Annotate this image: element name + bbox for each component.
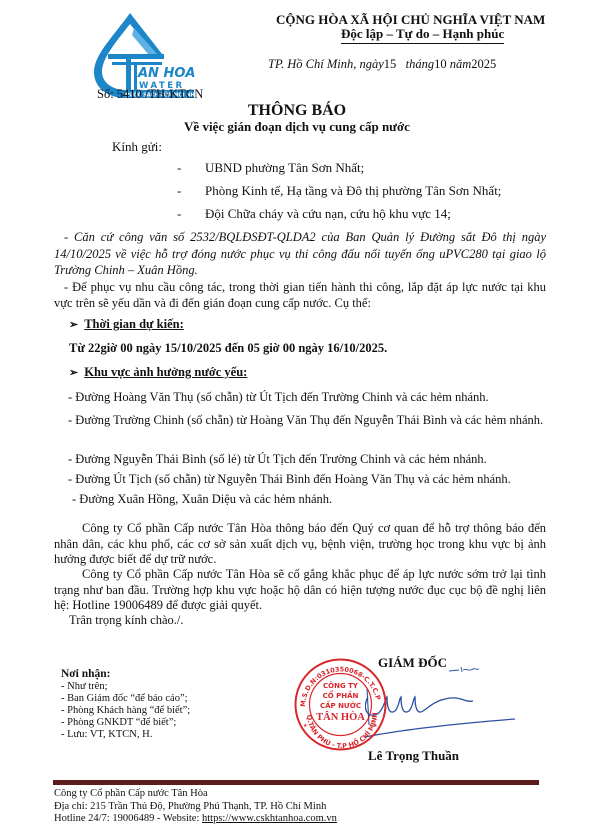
svg-text:CÔNG TY: CÔNG TY [323, 681, 359, 690]
signature-scribble-icon [365, 685, 555, 745]
area-heading: ➢Khu vực ảnh hưởng nước yếu: [69, 365, 247, 381]
time-value: Từ 22giờ 00 ngày 15/10/2025 đến 05 giờ 0… [69, 341, 387, 356]
distribution-label: Nơi nhận: [61, 668, 111, 681]
date-month: 10 [434, 57, 447, 71]
distribution-item: - Lưu: VT, KTCN, H. [61, 729, 152, 742]
arrow-bullet-icon: ➢ [69, 318, 78, 333]
svg-text:AN HOA: AN HOA [137, 66, 195, 81]
svg-text:★: ★ [373, 723, 378, 729]
distribution-item: - Phòng Khách hàng “để biết”; [61, 705, 190, 718]
footer-divider [53, 780, 539, 785]
document-number: Số: 5410 /TH-KTCN [97, 87, 203, 102]
company-seal: M.S.D.N:0310350068-C.T.C.P Q.TÂN PHÚ - T… [293, 657, 388, 752]
initials-scribble-icon [449, 666, 479, 674]
distribution-item: - Phòng GNKDT “để biết”; [61, 717, 176, 730]
closing-text: Trân trọng kính chào./. [69, 613, 183, 628]
time-heading: ➢Thời gian dự kiến: [69, 317, 184, 333]
footer-contact: Hotline 24/7: 19006489 - Website: https:… [54, 813, 337, 826]
date-year: 2025 [471, 57, 496, 71]
document-subtitle: Về việc gián đoạn dịch vụ cung cấp nước [0, 119, 594, 135]
distribution-item: - Ban Giám đốc “để báo cáo”; [61, 693, 188, 706]
national-motto: Độc lập – Tự do – Hạnh phúc [341, 26, 504, 44]
document-title: THÔNG BÁO [0, 102, 594, 120]
area-item: - Đường Xuân Hồng, Xuân Diệu và các hẻm … [72, 492, 332, 507]
recipient-item: -Đội Chữa cháy và cứu nạn, cứu hộ khu vự… [177, 206, 451, 222]
area-item: - Đường Hoàng Văn Thụ (số chẵn) từ Út Tị… [68, 390, 489, 405]
recipient-item: -Phòng Kinh tế, Hạ tầng và Đô thị phường… [177, 183, 501, 199]
arrow-bullet-icon: ➢ [69, 366, 78, 381]
notice-paragraph: Công ty Cổ phần Cấp nước Tân Hòa thông b… [54, 521, 546, 568]
svg-text:★: ★ [303, 723, 308, 729]
area-item: - Đường Nguyễn Thái Bình (số lẻ) từ Út T… [68, 452, 487, 467]
date-day: 15 [384, 57, 397, 71]
website-link[interactable]: https://www.cskhtanhoa.com.vn [202, 813, 337, 824]
red-seal-icon: M.S.D.N:0310350068-C.T.C.P Q.TÂN PHÚ - T… [293, 657, 388, 752]
purpose-paragraph: - Để phục vụ nhu cầu công tác, trong thờ… [54, 279, 546, 311]
place-date: TP. Hồ Chí Minh, ngày15 tháng10 năm2025 [268, 57, 496, 72]
signer-name: Lê Trọng Thuần [368, 748, 459, 764]
handwritten-signature [365, 685, 555, 745]
area-item: - Đường Trường Chinh (số chẵn) từ Hoàng … [54, 410, 546, 430]
svg-text:CỔ PHẦN: CỔ PHẦN [323, 690, 359, 700]
commitment-paragraph: Công ty Cổ phần Cấp nước Tân Hòa sẽ cố g… [54, 567, 546, 614]
signer-title: GIÁM ĐỐC [378, 655, 447, 671]
footer-address: Địa chỉ: 215 Trần Thủ Độ, Phường Phú Thạ… [54, 801, 326, 814]
distribution-item: - Như trên; [61, 681, 108, 694]
area-item: - Đường Út Tịch (số chẵn) từ Nguyễn Thái… [68, 472, 511, 487]
footer-company: Công ty Cổ phần Cấp nước Tân Hòa [54, 788, 208, 801]
svg-text:TÂN HÒA: TÂN HÒA [316, 711, 365, 723]
recipient-item: -UBND phường Tân Sơn Nhất; [177, 160, 364, 176]
basis-paragraph: - Căn cứ công văn số 2532/BQLĐSĐT-QLDA2 … [54, 229, 546, 279]
recipients-label: Kính gửi: [112, 139, 162, 155]
svg-text:CẤP NƯỚC: CẤP NƯỚC [320, 700, 361, 710]
initials-mark [449, 661, 479, 667]
